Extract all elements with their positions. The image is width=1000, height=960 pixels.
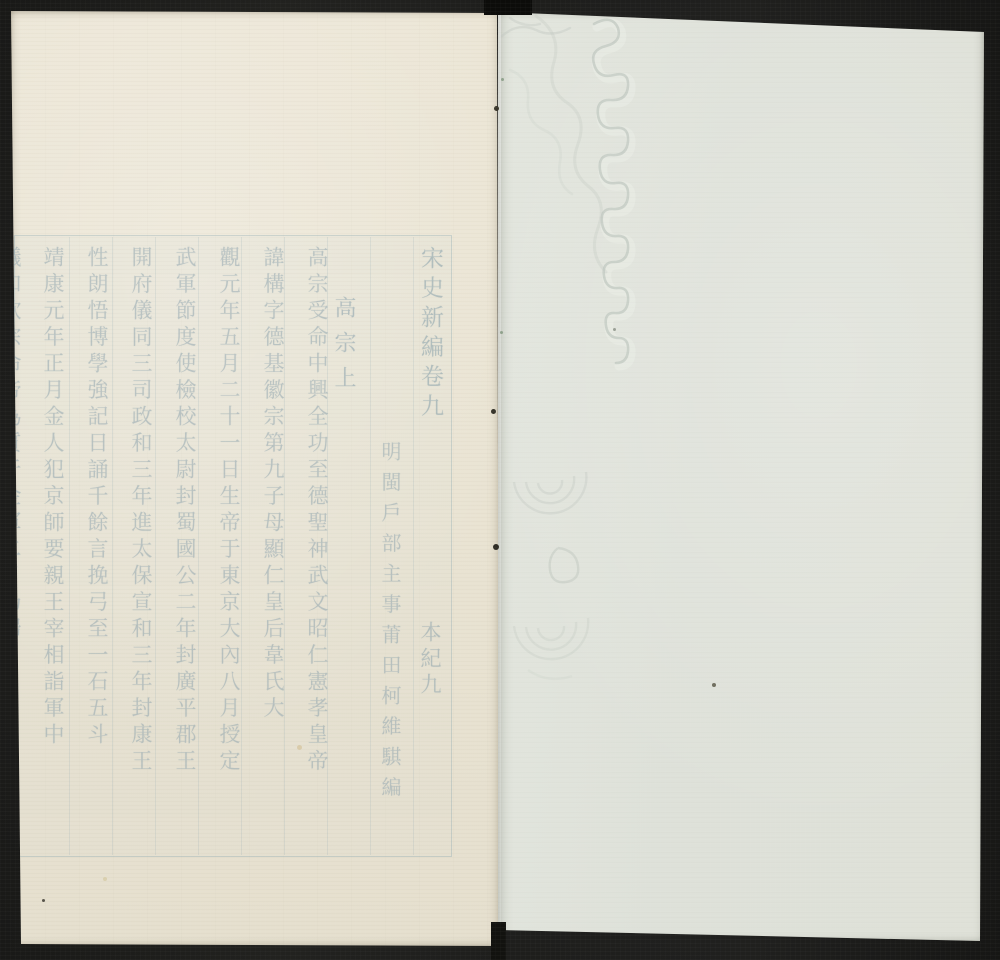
section-number-column: 本紀九 <box>416 621 443 699</box>
speck <box>103 877 107 881</box>
speck <box>501 78 504 81</box>
binding-gap-bottom <box>491 922 506 960</box>
column-rule <box>198 237 199 855</box>
body-text-column: 靖康元年正月金人犯京師要親王宰相詣軍中 <box>39 246 66 750</box>
binding-gap-top <box>484 0 532 15</box>
speck <box>493 544 499 550</box>
author-line-column: 明閩戶部主事莆田柯維騏編 <box>375 441 402 807</box>
book-scan: 宋史新編卷九 本紀九 明閩戶部主事莆田柯維騏編 高宗上 高宗受命中興全功至德聖神… <box>0 0 1000 960</box>
body-text-column: 高宗受命中興全功至德聖神武文昭仁憲孝皇帝 <box>303 246 330 776</box>
body-text-column: 諱構字德基徽宗第九子母顯仁皇后韋氏大 <box>259 246 286 723</box>
body-text-column: 觀元年五月二十一日生帝于東京大內八月授定 <box>215 246 242 776</box>
speck <box>613 328 616 331</box>
chapter-heading-column: 高宗上 <box>331 296 358 401</box>
bleed-text-frame: 宋史新編卷九 本紀九 明閩戶部主事莆田柯維騏編 高宗上 高宗受命中興全功至德聖神… <box>14 235 452 857</box>
speck <box>491 409 496 414</box>
column-rule <box>155 237 156 855</box>
speck <box>712 683 716 687</box>
column-rule <box>370 237 371 855</box>
body-text-column: 性朗悟博學強記日誦千餘言挽弓至一石五斗 <box>83 246 110 750</box>
right-page <box>498 10 984 943</box>
volume-title-column: 宋史新編卷九 <box>417 246 444 423</box>
column-rule <box>69 237 70 855</box>
body-text-column: 開府儀同三司政和三年進太保宣和三年封康王 <box>127 246 154 776</box>
embossed-scroll-pattern <box>498 10 648 710</box>
speck <box>297 745 302 750</box>
column-rule <box>413 237 414 855</box>
body-text-column: 武軍節度使檢校太尉封蜀國公二年封廣平郡王 <box>171 246 198 776</box>
speck <box>494 106 499 111</box>
speck <box>42 899 45 902</box>
column-rule <box>112 237 113 855</box>
left-page: 宋史新編卷九 本紀九 明閩戶部主事莆田柯維騏編 高宗上 高宗受命中興全功至德聖神… <box>11 10 499 946</box>
speck <box>500 331 503 334</box>
body-text-column: 議和欽宗命帝為質于金軍二月乃歸 <box>0 246 23 644</box>
